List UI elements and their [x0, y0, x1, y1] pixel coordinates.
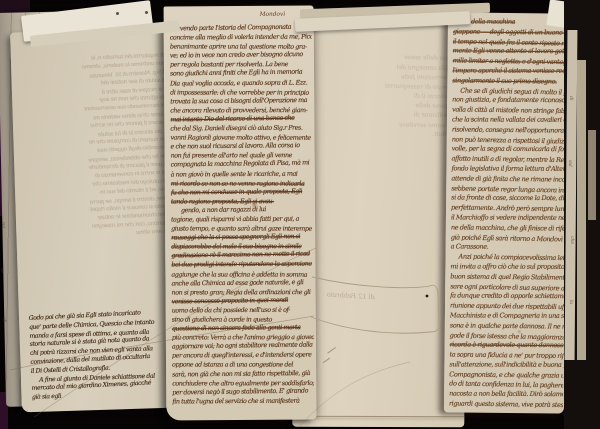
draft-text-block: in avendo parte l'istoria del Compagnona…	[170, 23, 315, 406]
handwritten-line: fin tutta l'ugna del servizio che si man…	[172, 396, 314, 406]
handwritten-line: sarà, non già che non mi sia fatto rispe…	[172, 369, 314, 380]
edge-writing-fragment: se	[0, 268, 5, 273]
handwritten-line: attende di già finita che ne rimane inco…	[451, 174, 565, 185]
foxing-spot	[517, 329, 522, 334]
manuscript-photo: mi se di il conto delle speseche alla co…	[0, 0, 600, 429]
handwritten-line: anche alla Chimica ad essa gode naturale…	[171, 278, 313, 289]
handwritten-line: risolvendo, consegna nell'opportunora, n…	[452, 125, 566, 136]
foxing-spot	[251, 202, 258, 208]
handwritten-line: per ancora di quegl'interessi, e d'inten…	[172, 351, 314, 361]
right-letter-page: della macchinagiappone — degli oggetti d…	[444, 12, 568, 413]
left-showthrough-text: di regalarmi del tumulto n. lenon andrem…	[17, 52, 174, 244]
page-bottom-fold-edge	[292, 416, 464, 418]
edge-writing-fragment: mi	[0, 222, 6, 228]
handwritten-line: l'impero aperché il sistema venisse reca…	[452, 66, 566, 76]
handwritten-line: questione di non sincera fede alle genti…	[172, 323, 314, 334]
handwritten-line: ne della macchina, che gli finisce di ri…	[451, 223, 565, 234]
page-header-placename: Mondovì	[260, 12, 286, 18]
handwritten-line: riguardi questo sistema, vive potrà stes…	[449, 399, 563, 410]
right-page-edges-zone: di sul che la	[564, 0, 600, 429]
handwritten-line: Macchinista e di Compagneria in una sola…	[450, 311, 564, 321]
pencil-mark	[327, 347, 336, 354]
handwritten-line: giappone — degli oggetti di un buono mac…	[453, 27, 567, 38]
handwritten-line: nacosta a non bella facilità. Dirò solam…	[449, 390, 563, 401]
right-text-block: della macchinagiappone — degli oggetti d…	[449, 17, 567, 410]
foxing-spot	[204, 90, 209, 95]
handwritten-line: à non giovò in quelle sente le ricariche…	[171, 169, 313, 179]
edge-writing-fragment: di	[568, 96, 574, 100]
handwritten-line: trovata la sua cosa ci bisogni dall'Oper…	[170, 96, 312, 107]
showthrough-line: Gio. Batt.	[329, 128, 461, 141]
handwritten-line: sull'attenzione, sull'indicibilità e buo…	[449, 360, 563, 370]
foxing-spot	[469, 117, 475, 122]
handwritten-line: che dal Sig. Danieli disegni ciò aiuto S…	[170, 124, 312, 134]
edge-writing-fragment: di	[1, 318, 7, 322]
handwritten-line: tagione, quali risparmi vi abbia fatti p…	[171, 214, 313, 224]
handwritten-line: bei due prodigi intende riputandone la a…	[171, 260, 313, 270]
pencil-mark	[323, 358, 330, 363]
middle-blank-page: il conto delle speseche alla consegna de…	[292, 12, 465, 428]
left-page-text-block: Godo poi che già sia Egli stato incarica…	[28, 309, 180, 403]
handwritten-line: fondo legislativa il forma lettura d'Alt…	[451, 164, 565, 174]
handwritten-line: fu che non mi condusse in quale proposta…	[171, 187, 313, 198]
left-faint-page: di regalarmi del tumulto n. lenon andrem…	[10, 28, 182, 413]
handwritten-line: uomo dello da chi possiede nell'uso si è…	[172, 305, 314, 315]
edge-writing-fragment: la	[568, 300, 574, 304]
handwritten-line: Dia qual voglia accada, e quando sopra d…	[170, 78, 312, 88]
handwritten-line: buon sistema di quel Regio Stabilimento …	[450, 272, 564, 283]
leaf-edge-sliver	[565, 30, 578, 360]
edge-writing-fragment: che	[569, 236, 575, 244]
middle-showthrough-text: il conto delle speseche alla consegna de…	[329, 53, 463, 141]
handwritten-line: sona è in qualche parte dannosa. Il ne n…	[450, 321, 564, 332]
leaf-edge-sliver	[588, 130, 596, 220]
ink-mark	[145, 11, 148, 14]
handwritten-line: mi invita a offro ciò che io sul proposi…	[450, 262, 564, 272]
ink-mark	[116, 12, 119, 15]
draft-page: Mondovì in avendo parte l'istoria del Co…	[164, 5, 317, 420]
edge-writing-fragment: sul	[567, 160, 573, 167]
handwritten-line: il Marchioffo si vedere indipendente nel…	[451, 213, 565, 223]
showthrough-date: dì 12 Febbraio	[327, 291, 375, 302]
handwritten-line: concime alla meglio di volerla intender …	[170, 33, 312, 43]
leaf-edge-sliver	[577, 60, 586, 360]
handwritten-line: singolarmente il suo primo disegno.	[452, 76, 566, 87]
